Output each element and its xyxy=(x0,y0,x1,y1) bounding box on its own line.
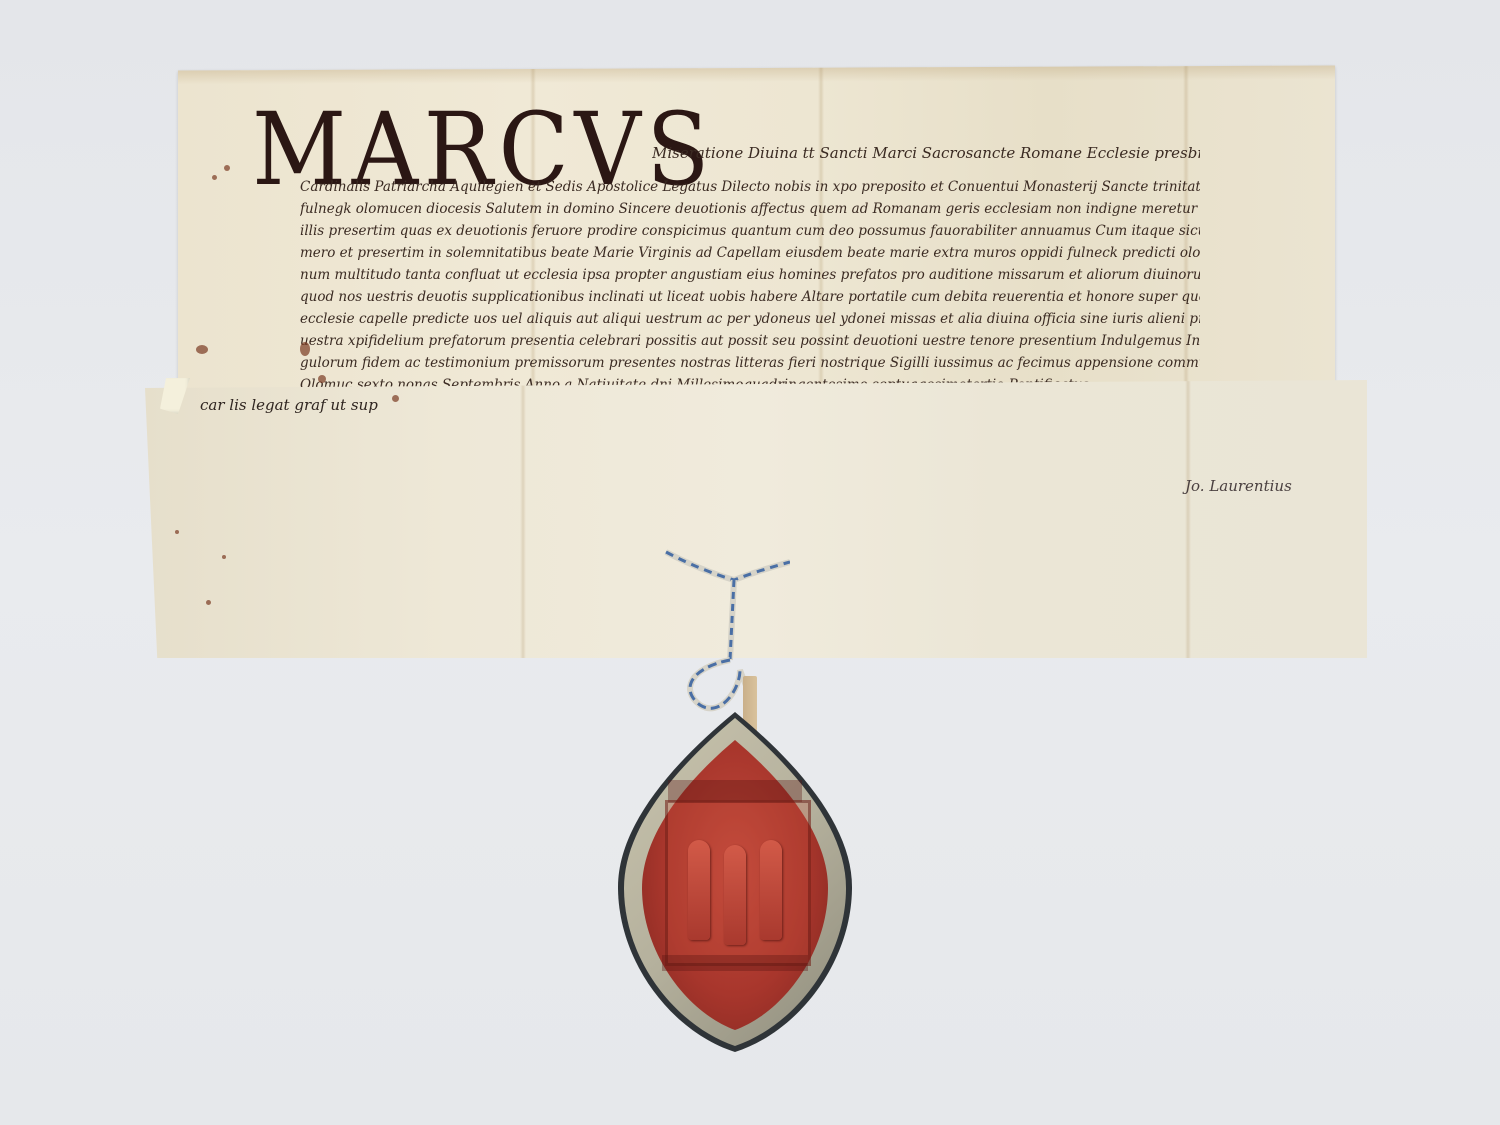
text-line: Miseratione Diuina tt Sancti Marci Sacro… xyxy=(652,130,1200,176)
ink-stain xyxy=(206,600,211,605)
seal-figure-center xyxy=(724,845,746,945)
seal-figure-left xyxy=(688,840,710,940)
charter-text: Miseratione Diuina tt Sancti Marci Sacro… xyxy=(300,130,1200,396)
seal-canopy xyxy=(668,780,802,802)
seal-figure-right xyxy=(760,840,782,940)
registry-note: car lis legat graf ut sup xyxy=(200,396,378,414)
ink-stain xyxy=(212,175,217,180)
ink-stain xyxy=(392,395,399,402)
seal-base xyxy=(662,955,808,971)
ink-stain xyxy=(175,530,179,534)
text-line: illis presertim quas ex deuotionis feruo… xyxy=(300,220,1200,242)
ink-stain xyxy=(300,342,310,356)
text-line: Cardinalis Patriarcha Aquilegien et Sedi… xyxy=(300,176,1200,198)
ink-stain xyxy=(196,345,208,354)
fold-crease xyxy=(520,380,526,658)
fold-crease xyxy=(1185,380,1191,658)
ink-stain xyxy=(224,165,230,171)
scribe-signature: Jo. Laurentius xyxy=(1185,477,1292,495)
text-line: mero et presertim in solemnitatibus beat… xyxy=(300,242,1200,264)
ink-stain xyxy=(318,375,326,383)
text-line: gulorum fidem ac testimonium premissorum… xyxy=(300,352,1200,374)
text-line: num multitudo tanta confluat ut ecclesia… xyxy=(300,264,1200,286)
text-line: uestra xpifidelium prefatorum presentia … xyxy=(300,330,1200,352)
seal-cord xyxy=(650,540,790,740)
text-line: quod nos uestris deuotis supplicationibu… xyxy=(300,286,1200,308)
text-line: fulnegk olomucen diocesis Salutem in dom… xyxy=(300,198,1200,220)
ink-stain xyxy=(222,555,226,559)
text-line: ecclesie capelle predicte uos uel aliqui… xyxy=(300,308,1200,330)
